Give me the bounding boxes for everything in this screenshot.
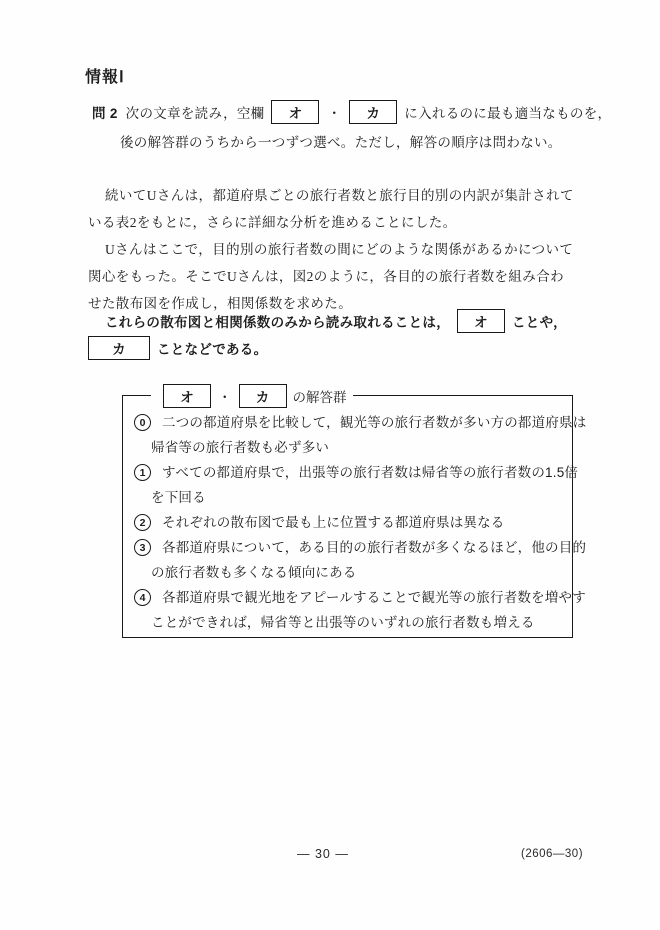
answer-option-3: 3 各都道府県について，ある目的の旅行者数が多くなるほど，他の目的 の旅行者数も… bbox=[134, 535, 572, 585]
answer-option-0-line-1: 二つの都道府県を比較して，観光等の旅行者数が多い方の都道府県は bbox=[162, 410, 586, 435]
paragraph-2-line-2: 関心をもった。そこでUさんは，図2のように，各目的の旅行者数を組み合わ bbox=[88, 265, 564, 285]
question-number: 問 2 bbox=[92, 102, 118, 122]
prompt-text-after-blanks: に入れるのに最も適当なものを， bbox=[404, 102, 611, 122]
blank-o-label: オ bbox=[289, 102, 303, 122]
answer-option-0-text: 二つの都道府県を比較して，観光等の旅行者数が多い方の都道府県は 帰省等の旅行者数… bbox=[162, 410, 586, 460]
answer-option-4-line-2: ことができれば，帰省等と出張等のいずれの旅行者数も増える bbox=[151, 610, 586, 635]
answer-option-1-line-1: すべての都道府県で，出張等の旅行者数は帰省等の旅行者数の1.5倍 bbox=[162, 460, 578, 485]
answer-group-blank-ka-label: カ bbox=[256, 386, 270, 406]
emphasis-line-1: これらの散布図と相関係数のみから読み取れることは， オ ことや， bbox=[105, 306, 567, 336]
paragraph-1-line-2: いる表2をもとに，さらに詳細な分析を進めることにした。 bbox=[88, 211, 457, 231]
blank-o-inline-label: オ bbox=[474, 311, 488, 331]
blank-ka-inline-label: カ bbox=[112, 338, 126, 358]
emphasis-text-before-blank: これらの散布図と相関係数のみから読み取れることは， bbox=[105, 311, 450, 331]
circled-number-3: 3 bbox=[134, 539, 151, 556]
answer-option-2-line-1: それぞれの散布図で最も上に位置する都道府県は異なる bbox=[162, 510, 505, 535]
blank-box-ka-inline: カ bbox=[88, 336, 150, 360]
question-2-prompt-line-2: 後の解答群のうちから一つずつ選べ。ただし，解答の順序は問わない。 bbox=[120, 131, 562, 151]
page-number: — 30 — bbox=[297, 847, 349, 861]
circled-number-0: 0 bbox=[134, 414, 151, 431]
emphasis-text-after-blank: ことや， bbox=[512, 311, 567, 331]
blank-box-o: オ bbox=[271, 100, 319, 124]
answer-group-box: オ ・ カ の解答群 0 二つの都道府県を比較して，観光等の旅行者数が多い方の都… bbox=[122, 395, 573, 638]
exam-page: 情報Ⅰ 問 2 次の文章を読み，空欄 オ ・ カ に入れるのに最も適当なものを，… bbox=[0, 0, 660, 930]
answer-option-1: 1 すべての都道府県で，出張等の旅行者数は帰省等の旅行者数の1.5倍 を下回る bbox=[134, 460, 572, 510]
answer-group-blank-o-label: オ bbox=[180, 386, 194, 406]
emphasis-text-line-2: ことなどである。 bbox=[157, 338, 267, 358]
answer-group-blank-box-ka: カ bbox=[239, 384, 287, 408]
blank-box-o-inline: オ bbox=[457, 309, 505, 333]
circled-number-2: 2 bbox=[134, 514, 151, 531]
answer-option-2-text: それぞれの散布図で最も上に位置する都道府県は異なる bbox=[162, 510, 505, 535]
answer-option-1-line-2: を下回る bbox=[151, 485, 578, 510]
answer-option-2: 2 それぞれの散布図で最も上に位置する都道府県は異なる bbox=[134, 510, 572, 535]
paragraph-2-line-1: Uさんはここで，目的別の旅行者数の間にどのような関係があるかについて bbox=[105, 238, 573, 258]
answer-group-separator-dot: ・ bbox=[218, 386, 232, 406]
circled-number-1: 1 bbox=[134, 464, 151, 481]
answer-option-4-line-1: 各都道府県で観光地をアピールすることで観光等の旅行者数を増やす bbox=[162, 585, 586, 610]
answer-group-suffix: の解答群 bbox=[293, 386, 347, 406]
document-code: (2606—30) bbox=[521, 848, 583, 860]
answer-option-1-text: すべての都道府県で，出張等の旅行者数は帰省等の旅行者数の1.5倍 を下回る bbox=[162, 460, 578, 510]
answer-group-label: オ ・ カ の解答群 bbox=[151, 383, 353, 409]
question-2-prompt-line-1: 問 2 次の文章を読み，空欄 オ ・ カ に入れるのに最も適当なものを， bbox=[92, 100, 611, 124]
subject-heading: 情報Ⅰ bbox=[85, 64, 125, 87]
answer-option-3-line-1: 各都道府県について，ある目的の旅行者数が多くなるほど，他の目的 bbox=[162, 535, 586, 560]
blank-box-ka: カ bbox=[349, 100, 397, 124]
emphasis-line-2: カ ことなどである。 bbox=[88, 333, 267, 363]
blank-separator-dot: ・ bbox=[327, 102, 341, 122]
answer-option-4-text: 各都道府県で観光地をアピールすることで観光等の旅行者数を増やす ことができれば，… bbox=[162, 585, 586, 635]
prompt-text-before-blanks: 次の文章を読み，空欄 bbox=[126, 102, 265, 122]
blank-ka-label: カ bbox=[366, 102, 380, 122]
answer-options-list: 0 二つの都道府県を比較して，観光等の旅行者数が多い方の都道府県は 帰省等の旅行… bbox=[123, 396, 572, 635]
answer-option-0-line-2: 帰省等の旅行者数も必ず多い bbox=[151, 435, 586, 460]
answer-option-3-line-2: の旅行者数も多くなる傾向にある bbox=[151, 560, 586, 585]
circled-number-4: 4 bbox=[134, 589, 151, 606]
paragraph-1-line-1: 続いてUさんは，都道府県ごとの旅行者数と旅行目的別の内訳が集計されて bbox=[105, 184, 574, 204]
answer-group-blank-box-o: オ bbox=[163, 384, 211, 408]
answer-option-4: 4 各都道府県で観光地をアピールすることで観光等の旅行者数を増やす ことができれ… bbox=[134, 585, 572, 635]
answer-option-3-text: 各都道府県について，ある目的の旅行者数が多くなるほど，他の目的 の旅行者数も多く… bbox=[162, 535, 586, 585]
answer-option-0: 0 二つの都道府県を比較して，観光等の旅行者数が多い方の都道府県は 帰省等の旅行… bbox=[134, 410, 572, 460]
